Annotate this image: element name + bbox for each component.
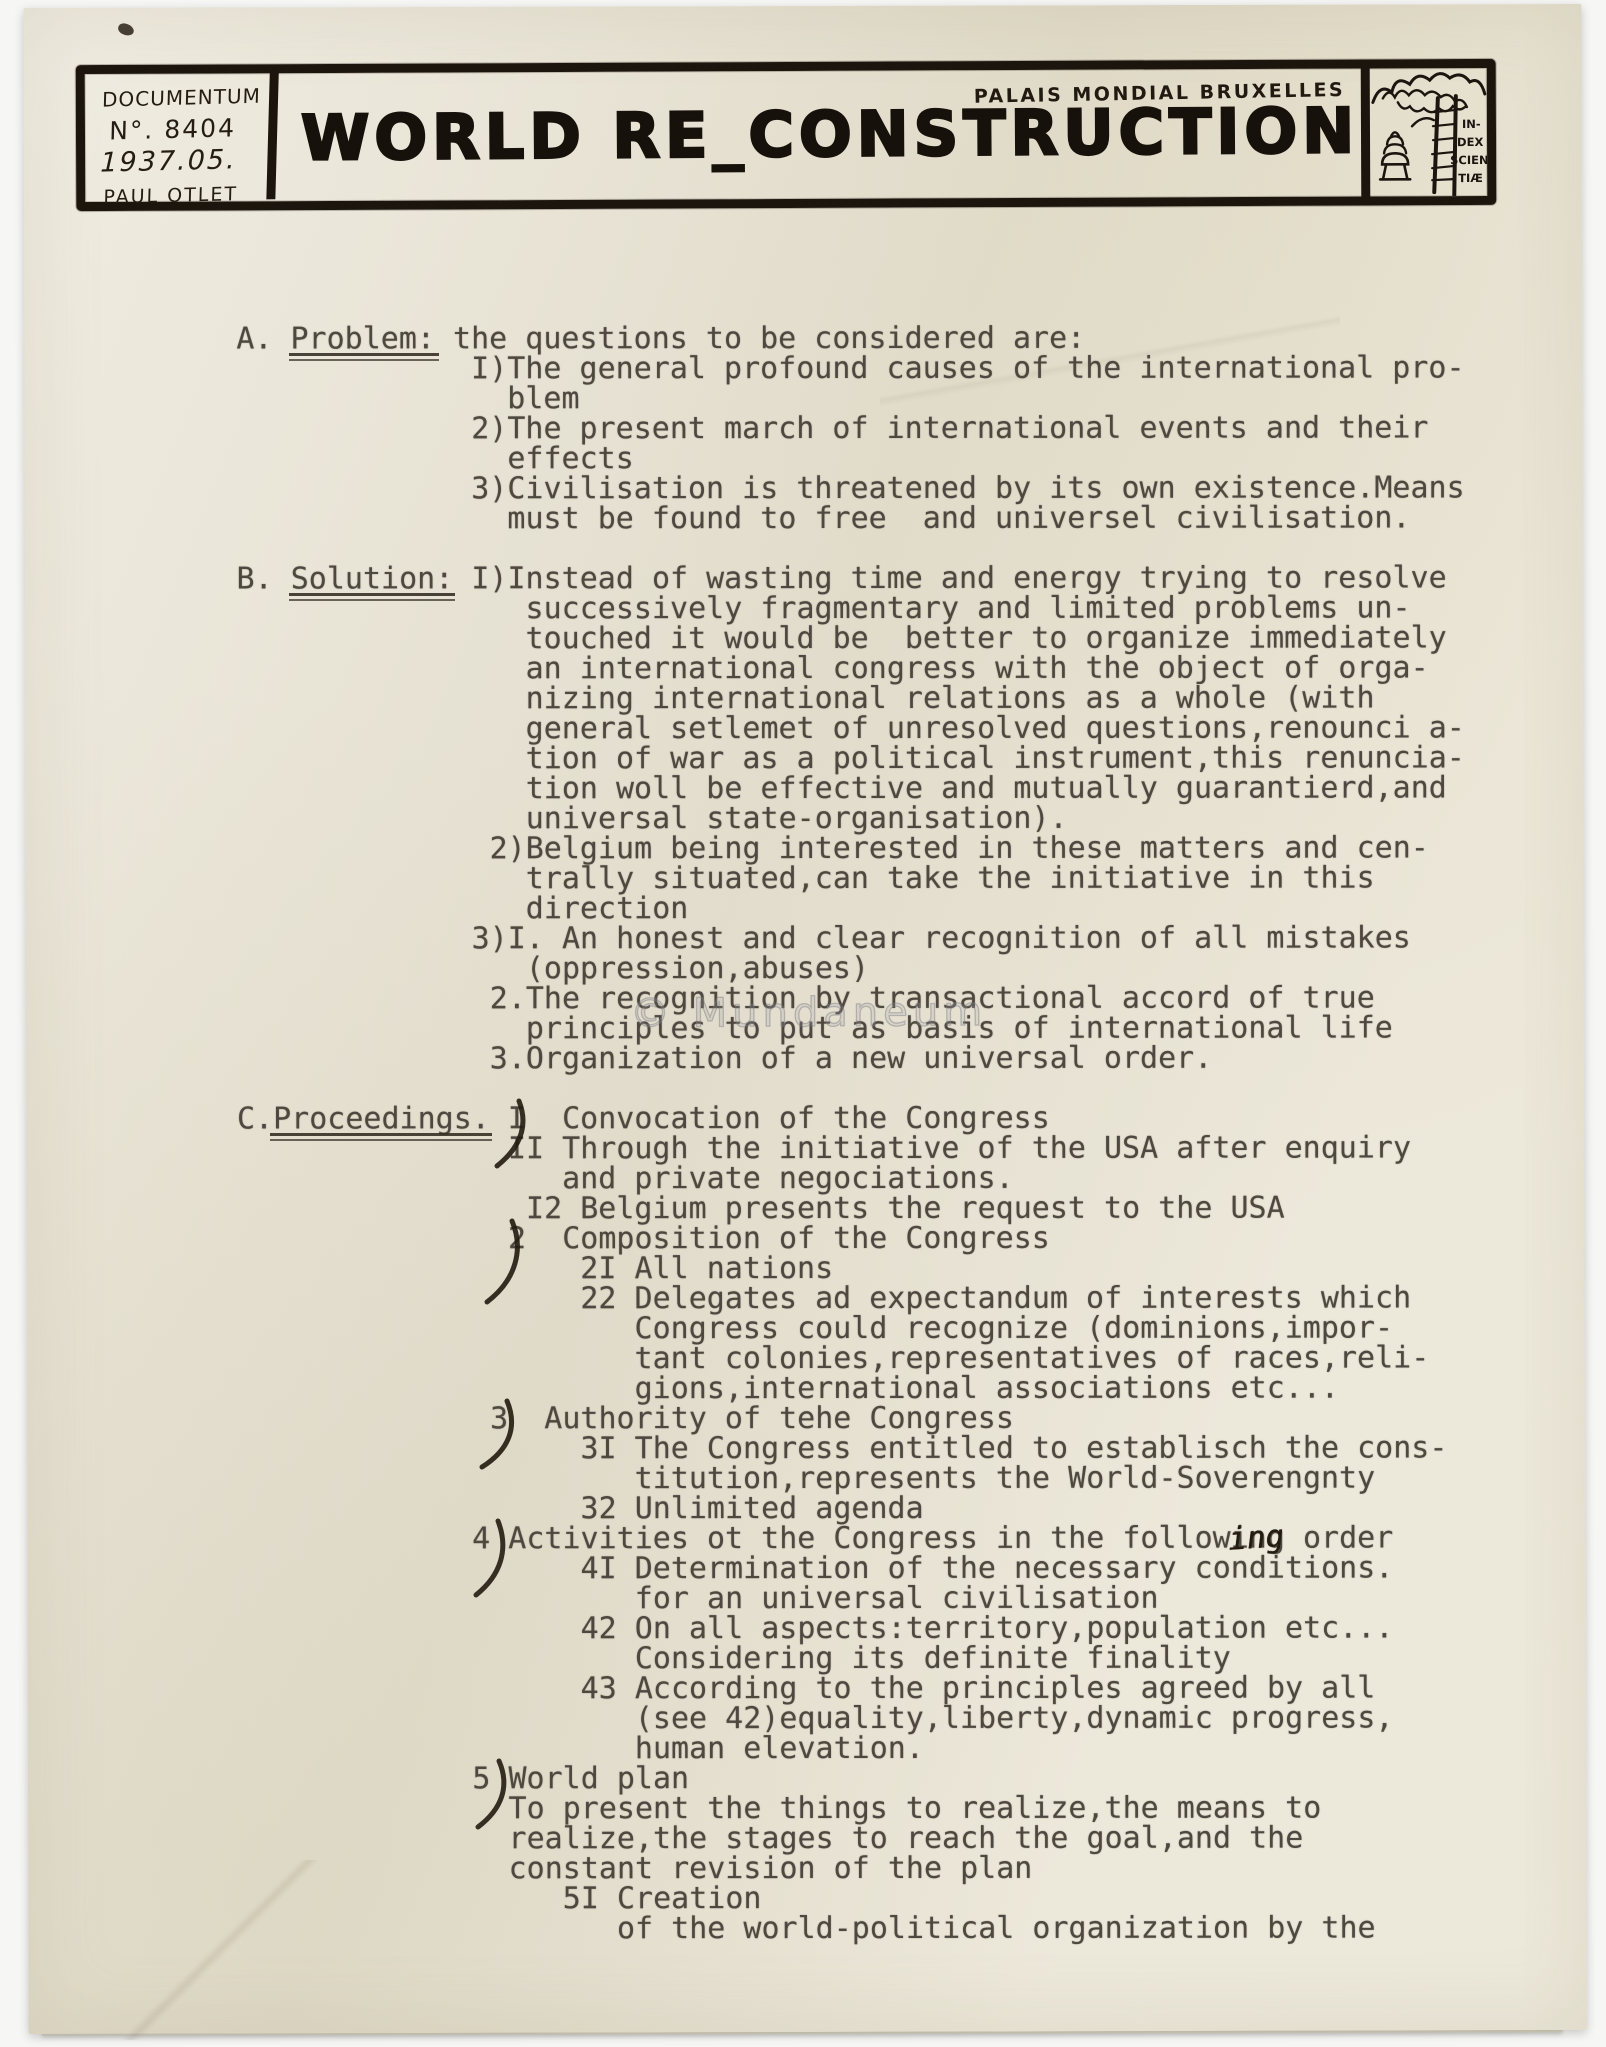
stamp-line-date: 1937.05. xyxy=(100,144,260,179)
emblem-caption-line: TIÆ xyxy=(1458,171,1483,185)
stamp-line-author: PAUL OTLET xyxy=(103,183,259,209)
underline-solution xyxy=(289,593,455,601)
emblem-caption-line: DEX xyxy=(1457,135,1483,149)
title-cell: PALAIS MONDIAL BRUXELLES WORLD RE_CONSTR… xyxy=(277,68,1362,201)
documentum-stamp-box: DOCUMENTUM N°. 8404 1937.05. PAUL OTLET xyxy=(83,71,279,204)
emblem-caption-line: SCIEN- xyxy=(1450,153,1487,167)
mundaneum-watermark: © Mundaneum xyxy=(630,989,987,1037)
emblem-cell: IN- DEX SCIEN- TIÆ xyxy=(1361,68,1488,197)
header-banner: DOCUMENTUM N°. 8404 1937.05. PAUL OTLET … xyxy=(76,59,1497,211)
stamp-line-number: N°. 8404 xyxy=(109,113,261,146)
underline-problem xyxy=(289,353,439,361)
document-title: WORLD RE_CONSTRUCTION xyxy=(301,94,1360,174)
index-scientiae-tree-beehive-drawing: IN- DEX SCIEN- TIÆ xyxy=(1370,68,1488,197)
scanned-document-page: { "stamp": { "line1": "DOCUMENTUM", "lin… xyxy=(0,0,1606,2047)
emblem-caption-line: IN- xyxy=(1462,117,1481,131)
handwritten-ing-correction: ing xyxy=(1227,1518,1285,1558)
stamp-line-documentum: DOCUMENTUM xyxy=(102,84,262,112)
underline-proceedings xyxy=(270,1133,492,1141)
